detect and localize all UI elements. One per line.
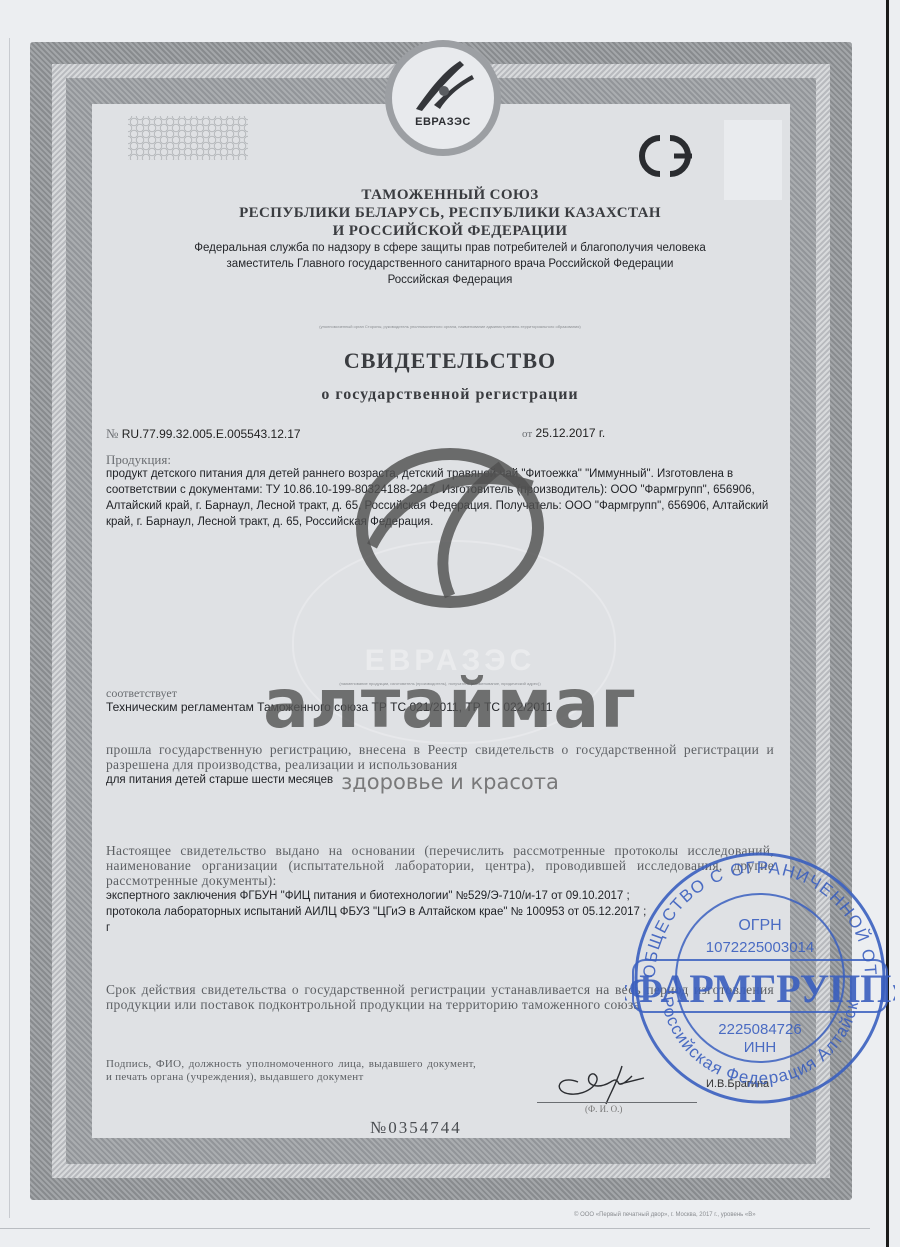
date-prefix: от xyxy=(522,428,532,440)
eurasec-logo-icon xyxy=(410,55,476,115)
eurasec-label: ЕВРАЗЭС xyxy=(392,116,494,128)
eurasec-emblem-inner: ЕВРАЗЭС xyxy=(392,47,494,149)
state-registration-mark-icon xyxy=(630,130,702,182)
watermark-brand: алтаймаг xyxy=(210,670,690,740)
page-left-edge xyxy=(9,38,10,1218)
svg-text:«ФАРМГРУПП»: «ФАРМГРУПП» xyxy=(625,966,895,1011)
union-title-line3: И РОССИЙСКОЙ ФЕДЕРАЦИИ xyxy=(100,222,800,240)
ornament-pattern xyxy=(128,116,248,160)
number-prefix: № xyxy=(106,426,118,441)
registration-date: от 25.12.2017 г. xyxy=(522,426,605,440)
registration-date-value: 25.12.2017 г. xyxy=(536,426,606,440)
union-header: ТАМОЖЕННЫЙ СОЮЗ РЕСПУБЛИКИ БЕЛАРУСЬ, РЕС… xyxy=(100,186,800,288)
document-title: СВИДЕТЕЛЬСТВО xyxy=(100,348,800,374)
authority-line1: Федеральная служба по надзору в сфере за… xyxy=(100,240,800,256)
registration-number-value: RU.77.99.32.005.E.005543.12.17 xyxy=(122,427,301,441)
authority-line2: заместитель Главного государственного са… xyxy=(100,256,800,272)
svg-text:ИНН: ИНН xyxy=(744,1039,776,1056)
union-title-line1: ТАМОЖЕННЫЙ СОЮЗ xyxy=(100,186,800,204)
svg-text:2225084726: 2225084726 xyxy=(718,1021,801,1038)
document-subtitle: о государственной регистрации xyxy=(100,386,800,404)
watermark-leaf-icon xyxy=(352,446,548,610)
sheet-bottom-edge xyxy=(0,1228,870,1229)
svg-text:ОГРН: ОГРН xyxy=(738,917,781,934)
authority-caption: (уполномоченный орган Стороны, руководит… xyxy=(150,324,750,330)
authority-line3: Российская Федерация xyxy=(100,272,800,288)
fio-caption: (Ф. И. О.) xyxy=(585,1104,622,1114)
union-title-line2: РЕСПУБЛИКИ БЕЛАРУСЬ, РЕСПУБЛИКИ КАЗАХСТА… xyxy=(100,204,800,222)
form-number: №0354744 xyxy=(370,1118,462,1138)
printer-note: © ООО «Первый печатный двор», г. Москва,… xyxy=(574,1212,756,1218)
registration-statement: прошла государственную регистрацию, внес… xyxy=(106,742,774,772)
watermark-tagline: здоровье и красота xyxy=(310,770,590,794)
svg-text:1072225003014: 1072225003014 xyxy=(706,939,814,956)
signature-caption-block: Подпись, ФИО, должность уполномоченного … xyxy=(106,1058,476,1084)
registration-number: № RU.77.99.32.005.E.005543.12.17 xyxy=(106,426,301,442)
signature-caption: Подпись, ФИО, должность уполномоченного … xyxy=(106,1058,476,1084)
company-stamp-icon: ОБЩЕСТВО С ОГРАНИЧЕННОЙ ОТВЕТСТВЕННОСТЬЮ… xyxy=(625,848,895,1108)
